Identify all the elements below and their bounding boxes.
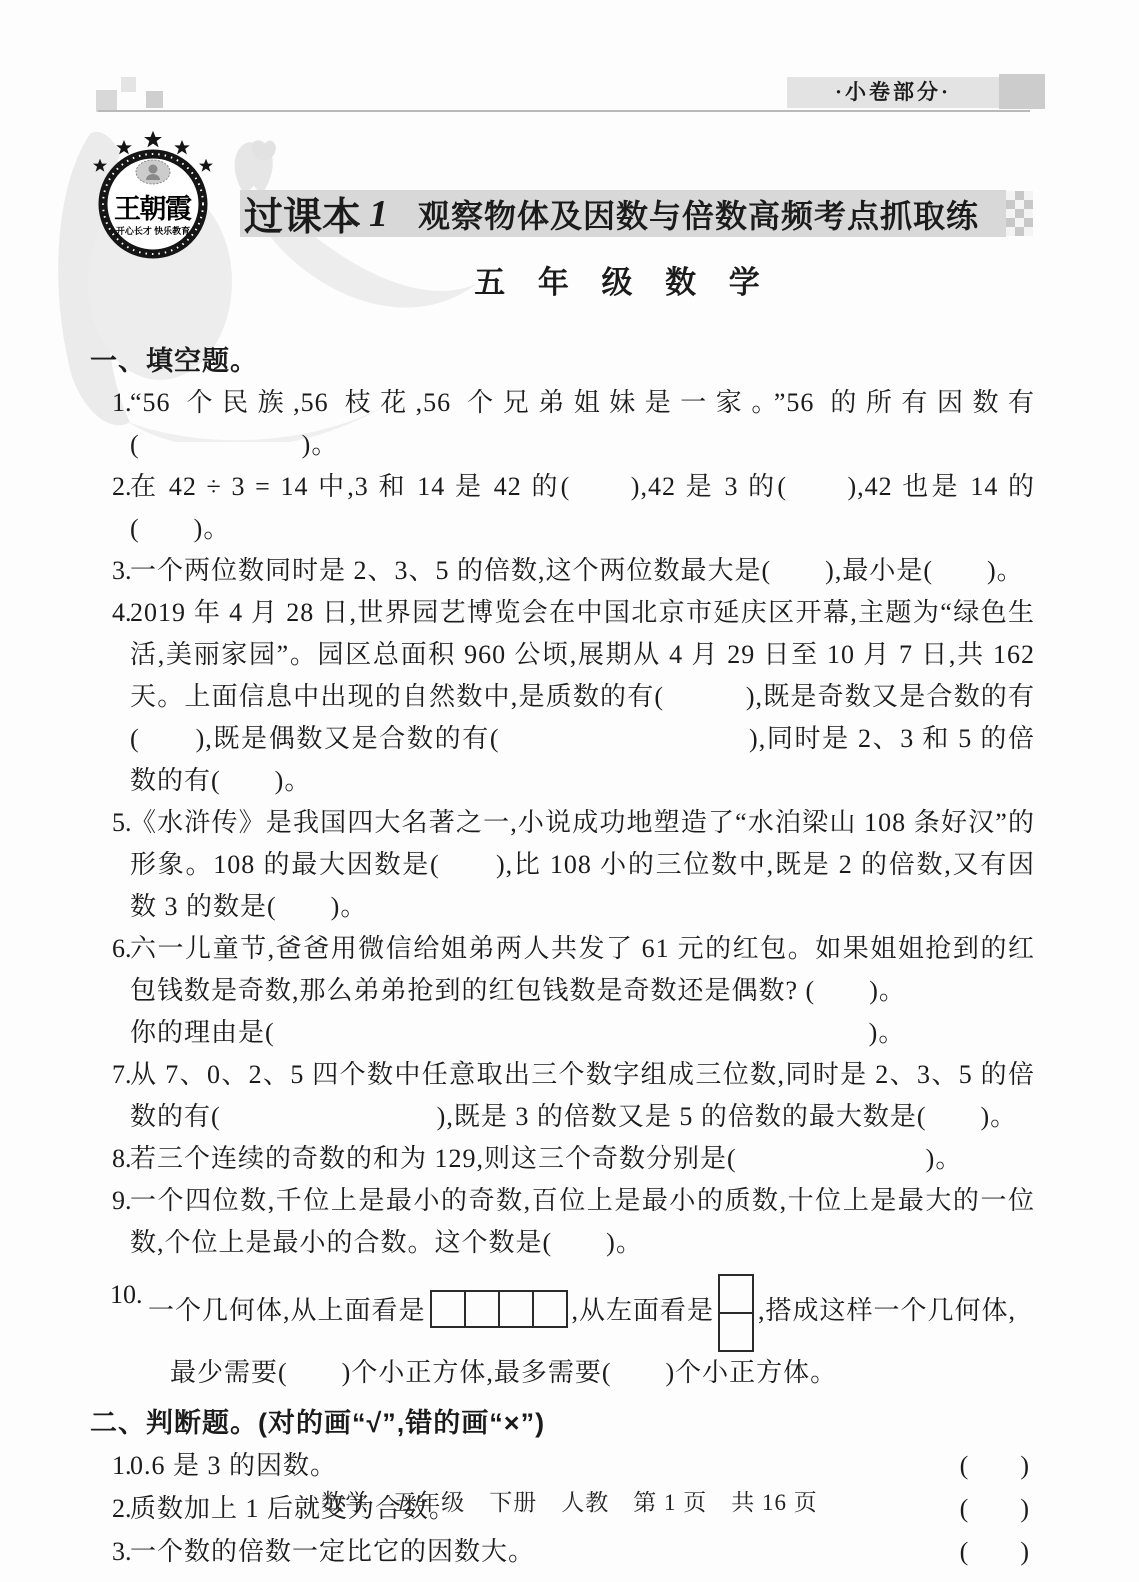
grid-cell	[430, 1290, 466, 1328]
question-text: 2019 年 4 月 28 日,世界园艺博览会在中国北京市延庆区开幕,主题为“绿…	[130, 598, 1035, 795]
question-text: 一个四位数,千位上是最小的奇数,百位上是最小的质数,十位上是最大的一位数,个位上…	[130, 1186, 1035, 1257]
question-number: 3.	[112, 1530, 132, 1573]
grade-subtitle: 五 年 级 数 学	[240, 257, 1006, 302]
fill-question-7: 7. 从 7、0、2、5 四个数中任意取出三个数字组成三位数,同时是 2、3、5…	[90, 1054, 1035, 1138]
corner-gray-square	[999, 74, 1045, 109]
section-heading-fill: 一、填空题。	[90, 340, 1035, 382]
question-text: 一个数的倍数一定比它的因数大。	[130, 1537, 535, 1566]
question-text: 从 7、0、2、5 四个数中任意取出三个数字组成三位数,同时是 2、3、5 的倍…	[130, 1060, 1035, 1131]
brand-tagline: 开心长才 快乐教育	[116, 225, 190, 236]
fill-question-2: 2. 在 42 ÷ 3 = 14 中,3 和 14 是 42 的( ),42 是…	[90, 466, 1035, 550]
grid-cell	[498, 1290, 534, 1328]
grid-cell	[532, 1290, 568, 1328]
question-number: 1.	[112, 382, 132, 424]
title-banner: 过课本 1 观察物体及因数与倍数高频考点抓取练	[240, 190, 1006, 237]
question-text: ,从左面看是	[572, 1296, 715, 1325]
worksheet-body: 一、填空题。 1. “56 个民族,56 枝花,56 个兄弟姐妹是一家。”56 …	[90, 340, 1035, 1573]
title-number: 1	[369, 192, 388, 236]
question-text-reason: 你的理由是( )。	[130, 1012, 1035, 1054]
grid-cell	[718, 1274, 754, 1314]
question-number: 8.	[112, 1138, 132, 1180]
question-number: 7.	[112, 1054, 132, 1096]
fill-question-6: 6. 六一儿童节,爸爸用微信给姐弟两人共发了 61 元的红包。如果姐姐抢到的红包…	[90, 928, 1035, 1054]
deco-square	[146, 91, 163, 108]
question-text: ,搭成这样一个几何体,	[758, 1296, 1016, 1325]
header-rule	[98, 110, 1030, 112]
question-text: 最少需要( )个小正方体,最多需要( )个小正方体。	[148, 1352, 1035, 1394]
grid-cell	[464, 1290, 500, 1328]
deco-square	[121, 77, 136, 92]
brand-name: 王朝霞	[114, 194, 192, 224]
section-corner-label: ·小卷部分·	[787, 77, 999, 108]
brand-badge: 王朝霞 开心长才 快乐教育	[86, 130, 220, 260]
question-text: 一个几何体,从上面看是	[148, 1296, 426, 1325]
fill-question-9: 9. 一个四位数,千位上是最小的奇数,百位上是最小的质数,十位上是最大的一位数,…	[90, 1180, 1035, 1264]
judge-item-3: 3. 一个数的倍数一定比它的因数大。 ( )	[90, 1530, 1035, 1573]
answer-bracket: ( )	[960, 1444, 1029, 1487]
question-text: 若三个连续的奇数的和为 129,则这三个奇数分别是( )。	[130, 1144, 962, 1173]
question-number: 5.	[112, 802, 132, 844]
judge-item-1: 1. 0.6 是 3 的因数。 ( )	[90, 1444, 1035, 1487]
grid-cell	[718, 1312, 754, 1352]
question-number: 4.	[112, 592, 132, 634]
page-title: 观察物体及因数与倍数高频考点抓取练	[418, 191, 979, 237]
section-heading-judge: 二、判断题。(对的画“√”,错的画“×”)	[90, 1402, 1035, 1444]
fill-question-10: 10. 一个几何体,从上面看是,从左面看是,搭成这样一个几何体, 最少需要( )…	[90, 1274, 1035, 1394]
question-number: 3.	[112, 550, 132, 592]
question-number: 6.	[112, 928, 132, 970]
left-view-diagram	[718, 1274, 754, 1352]
worksheet-page: ·小卷部分· 王朝霞 开心长才 快乐教育 过课本 1 观察物体及因数与倍数高频考…	[0, 0, 1139, 1582]
title-prefix: 过课本	[244, 186, 361, 242]
answer-bracket: ( )	[960, 1530, 1029, 1573]
question-text: 在 42 ÷ 3 = 14 中,3 和 14 是 42 的( ),42 是 3 …	[130, 472, 1035, 543]
fill-question-8: 8. 若三个连续的奇数的和为 129,则这三个奇数分别是( )。	[90, 1138, 1035, 1180]
question-text: 六一儿童节,爸爸用微信给姐弟两人共发了 61 元的红包。如果姐姐抢到的红包钱数是…	[130, 934, 1035, 1005]
question-text: 一个两位数同时是 2、3、5 的倍数,这个两位数最大是( ),最小是( )。	[130, 556, 1024, 585]
question-text: 《水浒传》是我国四大名著之一,小说成功地塑造了“水泊梁山 108 条好汉”的形象…	[130, 808, 1035, 921]
question-number: 2.	[112, 466, 132, 508]
question-number: 10.	[110, 1274, 143, 1316]
checker-pattern	[1006, 191, 1033, 236]
question-number: 1.	[112, 1444, 132, 1487]
question-text: “56 个民族,56 枝花,56 个兄弟姐妹是一家。”56 的所有因数有( )。	[130, 388, 1035, 459]
fill-question-5: 5. 《水浒传》是我国四大名著之一,小说成功地塑造了“水泊梁山 108 条好汉”…	[90, 802, 1035, 928]
question-text: 0.6 是 3 的因数。	[130, 1451, 337, 1480]
page-footer: 数学 五年级 下册 人教 第 1 页 共 16 页	[0, 1484, 1139, 1517]
fill-question-3: 3. 一个两位数同时是 2、3、5 的倍数,这个两位数最大是( ),最小是( )…	[90, 550, 1035, 592]
fill-question-4: 4. 2019 年 4 月 28 日,世界园艺博览会在中国北京市延庆区开幕,主题…	[90, 592, 1035, 802]
top-view-diagram	[430, 1290, 568, 1328]
question-number: 9.	[112, 1180, 132, 1222]
deco-square	[96, 90, 117, 112]
fill-question-1: 1. “56 个民族,56 枝花,56 个兄弟姐妹是一家。”56 的所有因数有(…	[90, 382, 1035, 466]
